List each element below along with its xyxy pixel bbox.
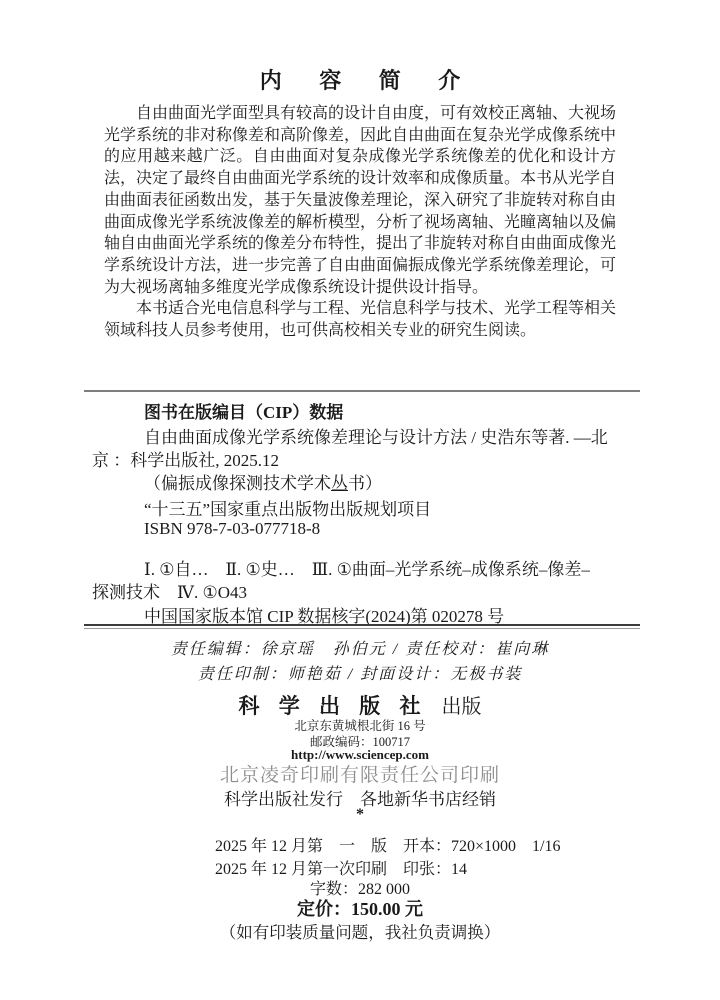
- cip-series-line: （偏振成像探测技术学术丛书）: [144, 469, 382, 494]
- summary-paragraph-1: 自由曲面光学面型具有较高的设计自由度，可有效校正离轴、大视场光学系统的非对称像差…: [104, 103, 616, 298]
- editorial-staff-line-2: 责任印制：师艳茹 / 封面设计：无极书装: [0, 661, 720, 684]
- printer-line: 北京凌奇印刷有限责任公司印刷: [0, 760, 720, 787]
- cip-project-line: “十三五”国家重点出版物出版规划项目: [144, 495, 431, 520]
- cip-heading: 图书在版编目（CIP）数据: [144, 398, 343, 423]
- cip-book-title-line: 自由曲面成像光学系统像差理论与设计方法 / 史浩东等著. —北: [144, 423, 608, 448]
- isbn-line: ISBN 978-7-03-077718-8: [144, 519, 320, 539]
- top-divider-rule: [84, 390, 640, 392]
- cip-classification-line-2: 探测技术 Ⅳ. ①O43: [92, 578, 247, 603]
- editorial-staff-line-1: 责任编辑：徐京瑶 孙伯元 / 责任校对：崔向琳: [0, 636, 720, 659]
- publisher-suffix: 出版: [442, 696, 482, 718]
- summary-paragraph-2: 本书适合光电信息科学与工程、光信息科学与技术、光学工程等相关领域科技人员参考使用…: [104, 298, 616, 341]
- edition-line-1: 2025 年 12 月第 一 版 开本：720×1000 1/16: [215, 833, 560, 856]
- cip-classification-line-1: Ⅰ. ①自… Ⅱ. ①史… Ⅲ. ①曲面–光学系统–成像系统–像差–: [144, 555, 590, 580]
- double-divider-rule: [84, 624, 640, 629]
- copyright-page: 内 容 简 介 自由曲面光学面型具有较高的设计自由度，可有效校正离轴、大视场光学…: [0, 0, 720, 1000]
- cip-publisher-line: 京 ：科学出版社, 2025.12: [92, 446, 279, 471]
- quality-exchange-note: （如有印装质量问题，我社负责调换）: [0, 919, 720, 943]
- price-line: 定价：150.00 元: [0, 895, 720, 921]
- content-summary-body: 自由曲面光学面型具有较高的设计自由度，可有效校正离轴、大视场光学系统的非对称像差…: [104, 103, 616, 342]
- asterisk-separator: *: [0, 806, 720, 824]
- content-summary-title: 内 容 简 介: [0, 64, 720, 95]
- series-underlined-char: 丛: [331, 474, 348, 493]
- series-suffix: 书）: [348, 474, 382, 493]
- publisher-name: 科 学 出 版 社: [239, 694, 428, 718]
- series-prefix: （偏振成像探测技术学术: [144, 474, 331, 493]
